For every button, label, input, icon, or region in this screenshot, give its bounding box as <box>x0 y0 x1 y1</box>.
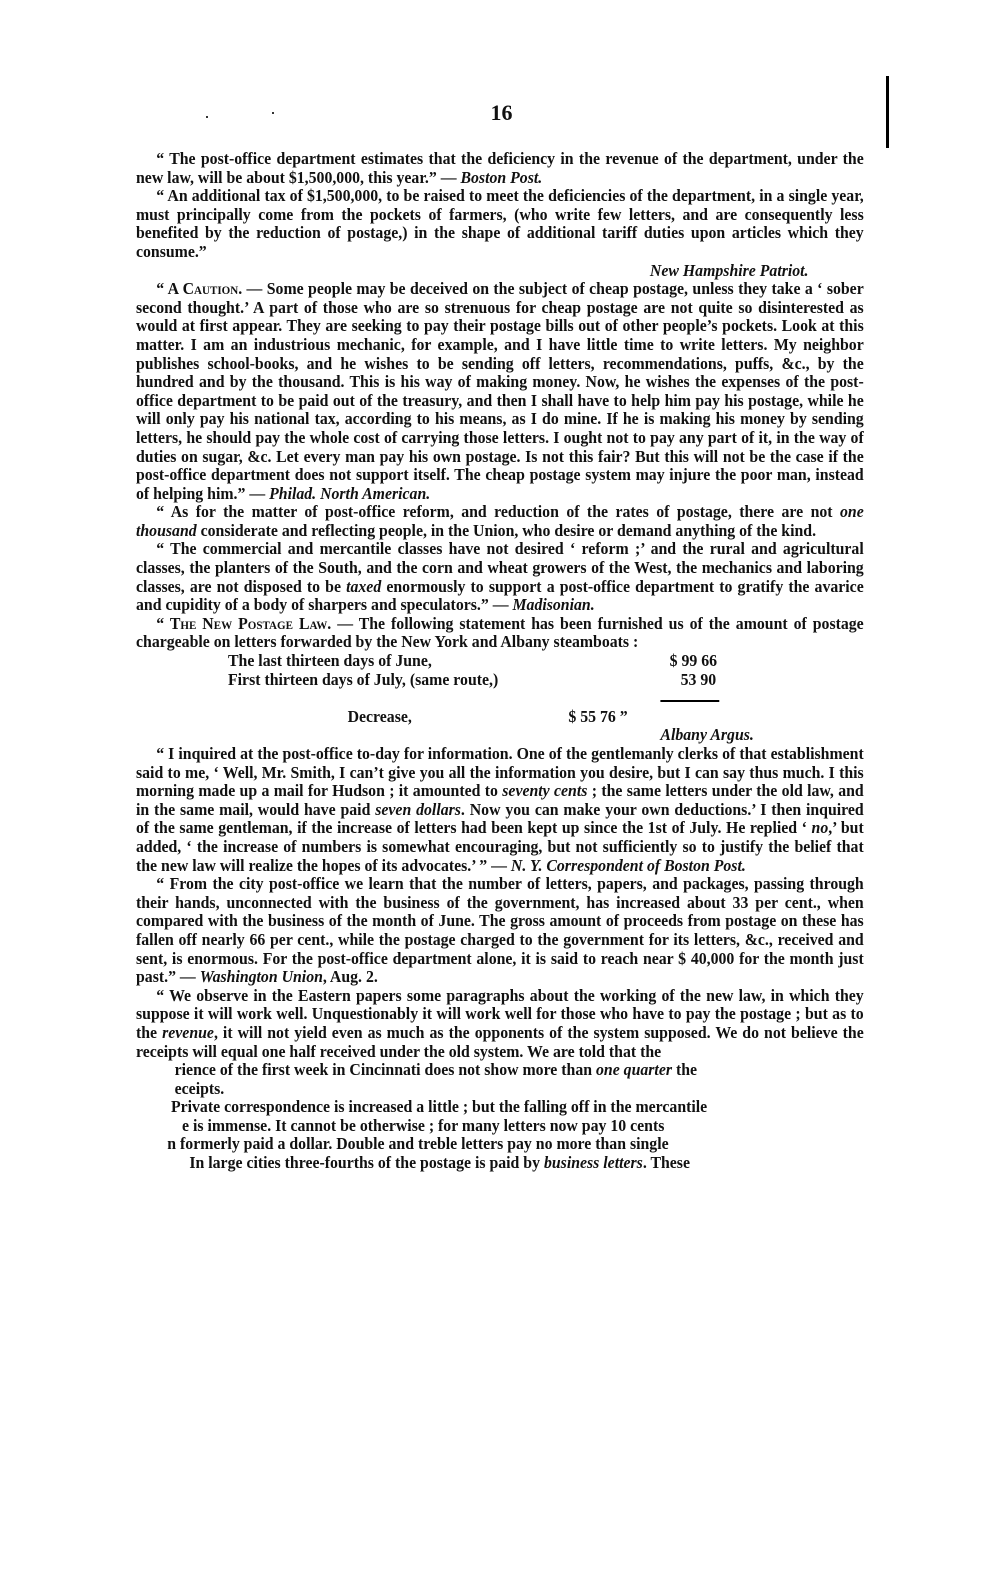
page-body: “ The post-office department estimates t… <box>136 150 864 1173</box>
text-line: eceipts. <box>175 1080 864 1099</box>
quote-new-hampshire-patriot: “ An additional tax of $1,500,000, to be… <box>136 187 864 261</box>
quote-source: Madisonian. <box>512 595 594 614</box>
quote-heading: “ A Caution. <box>156 279 242 298</box>
scan-speck <box>206 116 208 118</box>
table-total-row: Decrease, $ 55 76 ” <box>136 708 864 727</box>
quote-source: N. Y. Correspondent of Boston Post. <box>511 856 746 875</box>
quote-source: Albany Argus. <box>660 726 863 745</box>
table-row: First thirteen days of July, (same route… <box>228 671 771 690</box>
scan-speck <box>272 112 274 114</box>
text-line: e is immense. It cannot be otherwise ; f… <box>182 1117 864 1136</box>
text-line: In large cities three-fourths of the pos… <box>189 1154 863 1173</box>
quote-source: Washington Union <box>200 967 323 986</box>
margin-rule <box>886 76 889 148</box>
quote-heading: “ The New Postage Law. <box>156 614 331 633</box>
table-row: The last thirteen days of June, $ 99 66 <box>228 652 771 671</box>
quote-washington-union: “ From the city post-office we learn tha… <box>136 875 864 987</box>
quote-a-caution: “ A Caution. — Some people may be deceiv… <box>136 280 864 503</box>
quote-ny-correspondent: “ I inquired at the post-office to-day f… <box>136 745 864 875</box>
postage-table: The last thirteen days of June, $ 99 66 … <box>228 652 771 708</box>
quote-source: New Hampshire Patriot. <box>136 262 864 281</box>
quote-source: Philad. North American. <box>269 484 430 503</box>
quote-eastern-papers: “ We observe in the Eastern papers some … <box>136 987 864 1061</box>
quote-source: Boston Post. <box>460 168 542 187</box>
text-line: rience of the first week in Cincinnati d… <box>175 1061 864 1080</box>
text-line: Private correspondence is increased a li… <box>171 1098 864 1117</box>
torn-text-block: rience of the first week in Cincinnati d… <box>175 1061 864 1173</box>
quote-post-office-reform: “ As for the matter of post-office refor… <box>136 503 864 540</box>
sum-rule <box>228 689 771 708</box>
quote-boston-post: “ The post-office department estimates t… <box>136 150 864 187</box>
quote-new-postage-law: “ The New Postage Law. — The following s… <box>136 615 864 652</box>
text-line: n formerly paid a dollar. Double and tre… <box>167 1135 863 1154</box>
page-number: 16 <box>0 100 1003 126</box>
quote-madisonian: “ The commercial and mercantile classes … <box>136 540 864 614</box>
